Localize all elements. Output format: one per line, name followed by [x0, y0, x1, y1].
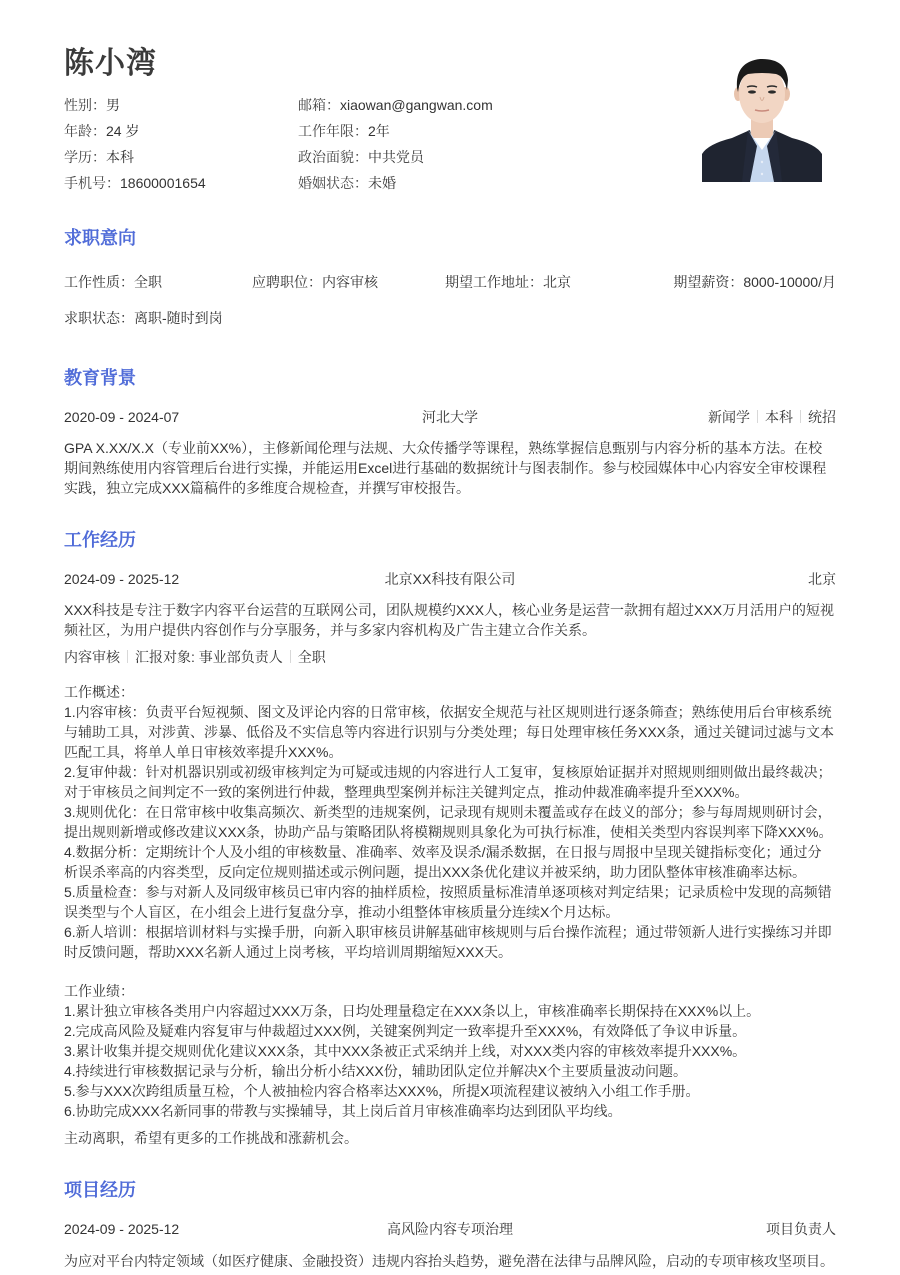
job-intent-row: 工作性质：全职 应聘职位：内容审核 期望工作地址：北京 期望薪资：8000-10… [64, 271, 836, 293]
work-entry-header: 2024-09 - 2025-12 北京XX科技有限公司 北京 [64, 568, 836, 590]
field-value: 内容审核 [322, 274, 378, 290]
field-label: 期望工作地址： [445, 274, 543, 290]
achievements-title: 工作业绩： [64, 981, 836, 1001]
expected-salary-field: 期望薪资：8000-10000/月 [673, 271, 836, 293]
field-value: 北京 [543, 274, 571, 290]
text-line: 析误杀率高的内容类型，反向定位规则描述或示例问题，提出XXX条优化建议并被采纳，… [64, 862, 836, 882]
text-line: 实践，独立完成XXX篇稿件的多维度合规检查，并撰写审校报告。 [64, 478, 836, 498]
field-label: 年龄： [64, 123, 106, 139]
field-value: xiaowan@gangwan.com [340, 97, 493, 113]
section-title-job-intent: 求职意向 [64, 224, 136, 250]
gender-field: 性别：男 [64, 94, 120, 116]
company-intro: XXX科技是专注于数字内容平台运营的互联网公司，团队规模约XXX人，核心业务是运… [64, 600, 836, 640]
field-label: 求职状态： [64, 310, 134, 326]
meta-separator [127, 650, 128, 663]
profile-photo [702, 50, 822, 182]
field-value: 2年 [368, 123, 390, 139]
text-line: 期间熟练使用内容管理后台进行实操，并能运用Excel进行基础的数据统计与图表制作… [64, 458, 836, 478]
work-achievements: 工作业绩： 1.累计独立审核各类用户内容超过XXX万条，日均处理量稳定在XXX条… [64, 981, 836, 1121]
major-tag: 新闻学 [708, 409, 750, 425]
field-value: 8000-10000/月 [743, 274, 836, 290]
field-value: 全职 [134, 274, 162, 290]
field-label: 工作年限： [298, 123, 368, 139]
email-field: 邮箱：xiaowan@gangwan.com [298, 94, 493, 116]
text-line: 频社区，为用户提供内容创作与分享服务，并与多家内容机构及广告主建立合作关系。 [64, 620, 836, 640]
section-title-work: 工作经历 [64, 526, 136, 552]
field-label: 期望薪资： [673, 274, 743, 290]
basic-info-row: 手机号：18600001654 婚姻状态：未婚 [64, 172, 664, 198]
field-value: 中共党员 [368, 149, 424, 165]
overview-title: 工作概述： [64, 682, 836, 702]
age-field: 年龄：24 岁 [64, 120, 139, 142]
text-line: 4.持续进行审核数据记录与分析，输出分析小结XXX份，辅助团队定位并解决X个主要… [64, 1061, 836, 1081]
employment-type: 全职 [298, 649, 326, 665]
phone-field: 手机号：18600001654 [64, 172, 206, 194]
text-line: 为应对平台内特定领域（如医疗健康、金融投资）违规内容抬头趋势，避免潜在法律与品牌… [64, 1251, 836, 1271]
project-role: 项目负责人 [766, 1218, 836, 1240]
candidate-name: 陈小湾 [64, 38, 157, 82]
text-line: 6.新人培训：根据培训材料与实操手册，向新入职审核员讲解基础审核规则与后台操作流… [64, 922, 836, 942]
political-status-field: 政治面貌：中共党员 [298, 146, 424, 168]
tag-separator [800, 410, 801, 423]
basic-info-row: 性别：男 邮箱：xiaowan@gangwan.com [64, 94, 664, 120]
section-title-education: 教育背景 [64, 364, 136, 390]
job-type-field: 工作性质：全职 [64, 271, 162, 293]
tag-separator [757, 410, 758, 423]
field-value: 离职-随时到岗 [134, 310, 223, 326]
work-years-field: 工作年限：2年 [298, 120, 390, 142]
text-line: 1.累计独立审核各类用户内容超过XXX万条，日均处理量稳定在XXX条以上，审核准… [64, 1001, 836, 1021]
education-tags: 新闻学本科统招 [708, 406, 836, 428]
education-entry-header: 2020-09 - 2024-07 河北大学 新闻学本科统招 [64, 406, 836, 428]
text-line: 2.完成高风险及疑难内容复审与仲裁超过XXX例，关键案例判定一致率提升至XXX%… [64, 1021, 836, 1041]
field-label: 婚姻状态： [298, 175, 368, 191]
text-line: 3.规则优化：在日常审核中收集高频次、新类型的违规案例，记录现有规则未覆盖或存在… [64, 802, 836, 822]
field-label: 邮箱： [298, 97, 340, 113]
text-line: 2.复审仲裁：针对机器识别或初级审核判定为可疑或违规的内容进行人工复审，复核原始… [64, 762, 836, 782]
text-line: 主动离职，希望有更多的工作挑战和涨薪机会。 [64, 1128, 836, 1148]
text-line: 1.内容审核：负责平台短视频、图文及评论内容的日常审核，依据安全规范与社区规则进… [64, 702, 836, 722]
text-line: 误类型与个人盲区，在小组会上进行复盘分享，推动小组整体审核质量分连续X个月达标。 [64, 902, 836, 922]
field-label: 应聘职位： [252, 274, 322, 290]
company-name: 北京XX科技有限公司 [64, 568, 836, 590]
project-description: 为应对平台内特定领域（如医疗健康、金融投资）违规内容抬头趋势，避免潜在法律与品牌… [64, 1251, 836, 1271]
job-status-field: 求职状态：离职-随时到岗 [64, 307, 223, 329]
text-line: GPA X.XX/X.X（专业前XX%），主修新闻伦理与法规、大众传播学等课程，… [64, 438, 836, 458]
basic-info: 性别：男 邮箱：xiaowan@gangwan.com 年龄：24 岁 工作年限… [64, 94, 664, 198]
report-to: 汇报对象: 事业部负责人 [135, 649, 283, 665]
portrait-image [702, 50, 822, 182]
education-description: GPA X.XX/X.X（专业前XX%），主修新闻伦理与法规、大众传播学等课程，… [64, 438, 836, 498]
job-intent-row: 求职状态：离职-随时到岗 [64, 307, 836, 329]
target-position-field: 应聘职位：内容审核 [252, 271, 378, 293]
field-value: 未婚 [368, 175, 396, 191]
field-value: 24 岁 [106, 123, 139, 139]
field-label: 政治面貌： [298, 149, 368, 165]
field-value: 本科 [106, 149, 134, 165]
text-line: 6.协助完成XXX名新同事的带教与实操辅导，其上岗后首月审核准确率均达到团队平均… [64, 1101, 836, 1121]
field-value: 男 [106, 97, 120, 113]
field-label: 工作性质： [64, 274, 134, 290]
education-level-field: 学历：本科 [64, 146, 134, 168]
text-line: 匹配工具，将单人单日审核效率提升XXX%。 [64, 742, 836, 762]
field-label: 手机号： [64, 175, 120, 191]
meta-separator [290, 650, 291, 663]
enrollment-tag: 统招 [808, 409, 836, 425]
text-line: 时反馈问题，帮助XXX名新人通过上岗考核，平均培训周期缩短XXX天。 [64, 942, 836, 962]
work-overview: 工作概述： 1.内容审核：负责平台短视频、图文及评论内容的日常审核，依据安全规范… [64, 682, 836, 962]
field-label: 学历： [64, 149, 106, 165]
field-value: 18600001654 [120, 175, 206, 191]
leave-reason: 主动离职，希望有更多的工作挑战和涨薪机会。 [64, 1128, 836, 1148]
target-location-field: 期望工作地址：北京 [445, 271, 571, 293]
basic-info-row: 学历：本科 政治面貌：中共党员 [64, 146, 664, 172]
text-line: 4.数据分析：定期统计个人及小组的审核数量、准确率、效率及误杀/漏杀数据，在日报… [64, 842, 836, 862]
text-line: XXX科技是专注于数字内容平台运营的互联网公司，团队规模约XXX人，核心业务是运… [64, 600, 836, 620]
text-line: 提出规则新增或修改建议XXX条，协助产品与策略团队将模糊规则具象化为可执行标准，… [64, 822, 836, 842]
job-role: 内容审核 [64, 649, 120, 665]
project-name: 高风险内容专项治理 [64, 1218, 836, 1240]
field-label: 性别： [64, 97, 106, 113]
work-location: 北京 [808, 568, 836, 590]
degree-tag: 本科 [765, 409, 793, 425]
text-line: 3.累计收集并提交规则优化建议XXX条，其中XXX条被正式采纳并上线，对XXX类… [64, 1041, 836, 1061]
text-line: 对于审核员之间判定不一致的案例进行仲裁，整理典型案例并标注关键判定点，推动仲裁准… [64, 782, 836, 802]
basic-info-row: 年龄：24 岁 工作年限：2年 [64, 120, 664, 146]
text-line: 5.参与XXX次跨组质量互检，个人被抽检内容合格率达XXX%，所提X项流程建议被… [64, 1081, 836, 1101]
section-title-projects: 项目经历 [64, 1176, 136, 1202]
project-entry-header: 2024-09 - 2025-12 高风险内容专项治理 项目负责人 [64, 1218, 836, 1240]
work-meta: 内容审核汇报对象: 事业部负责人全职 [64, 647, 326, 667]
text-line: 与辅助工具，对涉黄、涉暴、低俗及不实信息等内容进行识别与分类处理；每日处理审核任… [64, 722, 836, 742]
marital-status-field: 婚姻状态：未婚 [298, 172, 396, 194]
text-line: 5.质量检查：参与对新人及同级审核员已审内容的抽样质检，按照质量标准清单逐项核对… [64, 882, 836, 902]
